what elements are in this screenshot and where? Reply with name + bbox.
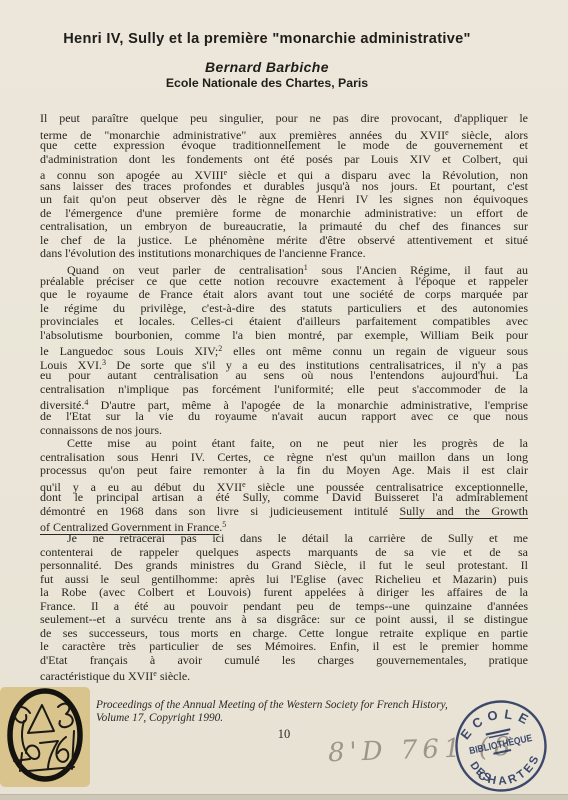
text-line: seulement--et a survécu trente ans à sa …: [40, 613, 528, 627]
text-line: que cette expression évoque traditionnel…: [40, 139, 528, 153]
text-line: la Robe (avec Colbert et Louvois) furent…: [40, 586, 528, 600]
text-line: personnalité. Des grands ministres du Gr…: [40, 559, 528, 573]
text-line: Quand on veut parler de centralisation1 …: [40, 261, 528, 275]
text-line: l'absolutisme bourbonien, comme l'a bien…: [40, 329, 528, 343]
text-line: qu'il y a eu au début du XVIIe siècle un…: [40, 478, 528, 492]
text-line: d'Etat français à avoir cumulé les charg…: [40, 654, 528, 668]
text-line: que le royaume de France était alors ava…: [40, 288, 528, 302]
text-line: centralisation, un embryon de bureaucrat…: [40, 220, 528, 234]
text-line: de l'émergence d'une première forme de m…: [40, 207, 528, 221]
text-line: fut aussi le seul gentilhomme: après lui…: [40, 573, 528, 587]
heading-block: Henri IV, Sully et la première "monarchi…: [0, 0, 568, 90]
text-line: diversité.4 D'autre part, même à l'apogé…: [40, 396, 528, 410]
text-line: Il peut paraître quelque peu singulier, …: [40, 112, 528, 126]
scanned-page: Henri IV, Sully et la première "monarchi…: [0, 0, 568, 800]
author-name: Bernard Barbiche: [0, 59, 551, 75]
text-line: Cette mise au point étant faite, on ne p…: [40, 437, 528, 451]
text-line: contenterai de rappeler quelques aspects…: [40, 546, 528, 560]
text-line: démontré en 1968 dans son livre si judic…: [40, 505, 528, 519]
text-line: le chef de la justice. Le phénomène méri…: [40, 234, 528, 248]
text-line: le caractère très particulier de ses Mém…: [40, 640, 528, 654]
text-line: un fait qu'on peut observer dès le règne…: [40, 193, 528, 207]
page-title: Henri IV, Sully et la première "monarchi…: [0, 31, 551, 47]
text-line: sans laisser des traces profondes et dur…: [40, 180, 528, 194]
text-line: préalable préciser ce que cette notion r…: [40, 275, 528, 289]
text-line: France. Il a été au pouvoir pendant peu …: [40, 600, 528, 614]
text-line: dans l'évolution des institutions monarc…: [40, 247, 528, 261]
scan-edge-shadow: [0, 794, 568, 800]
body-text: Il peut paraître quelque peu singulier, …: [40, 112, 528, 681]
text-line: le Languedoc sous Louis XIV;2 elles ont …: [40, 342, 528, 356]
text-line: processus qu'on peut faire remonter à la…: [40, 464, 528, 478]
text-line: d'administration dont les fondements ont…: [40, 153, 528, 167]
text-line: eu pour autant centralisation au sens où…: [40, 369, 528, 383]
text-line: Je ne retracerai pas ici dans le détail …: [40, 532, 528, 546]
text-line: centralisation n'implique pas forcément …: [40, 383, 528, 397]
text-line: connaissons de nos jours.: [40, 424, 528, 438]
author-affiliation: Ecole Nationale des Chartes, Paris: [0, 76, 551, 90]
ecole-des-chartes-stamp-icon: ECOLE CHARTES DES BIBLIOTHÈQUE: [442, 687, 561, 800]
text-line: de l'Etat sur la vie du royaume n'avait …: [40, 410, 528, 424]
text-line: provinciales et locales. Celles-ci étaie…: [40, 315, 528, 329]
text-line: centralisation sous Henri IV. Certes, ce…: [40, 451, 528, 465]
text-line: a connu son apogée au XVIIIe siècle et q…: [40, 166, 528, 180]
text-line: terme de "monarchie administrative" aux …: [40, 126, 528, 140]
text-line: of Centralized Government in France.5: [40, 518, 528, 532]
text-line: dont le principal artisan a été Sully, c…: [40, 491, 528, 505]
text-line: Louis XVI.3 De sorte que s'il y a eu des…: [40, 356, 528, 370]
text-line: de ses successeurs, tous morts en charge…: [40, 627, 528, 641]
text-line: caractéristique du XVIIe siècle.: [40, 667, 528, 681]
text-line: le régime du privilège, c'est-à-dire des…: [40, 302, 528, 316]
